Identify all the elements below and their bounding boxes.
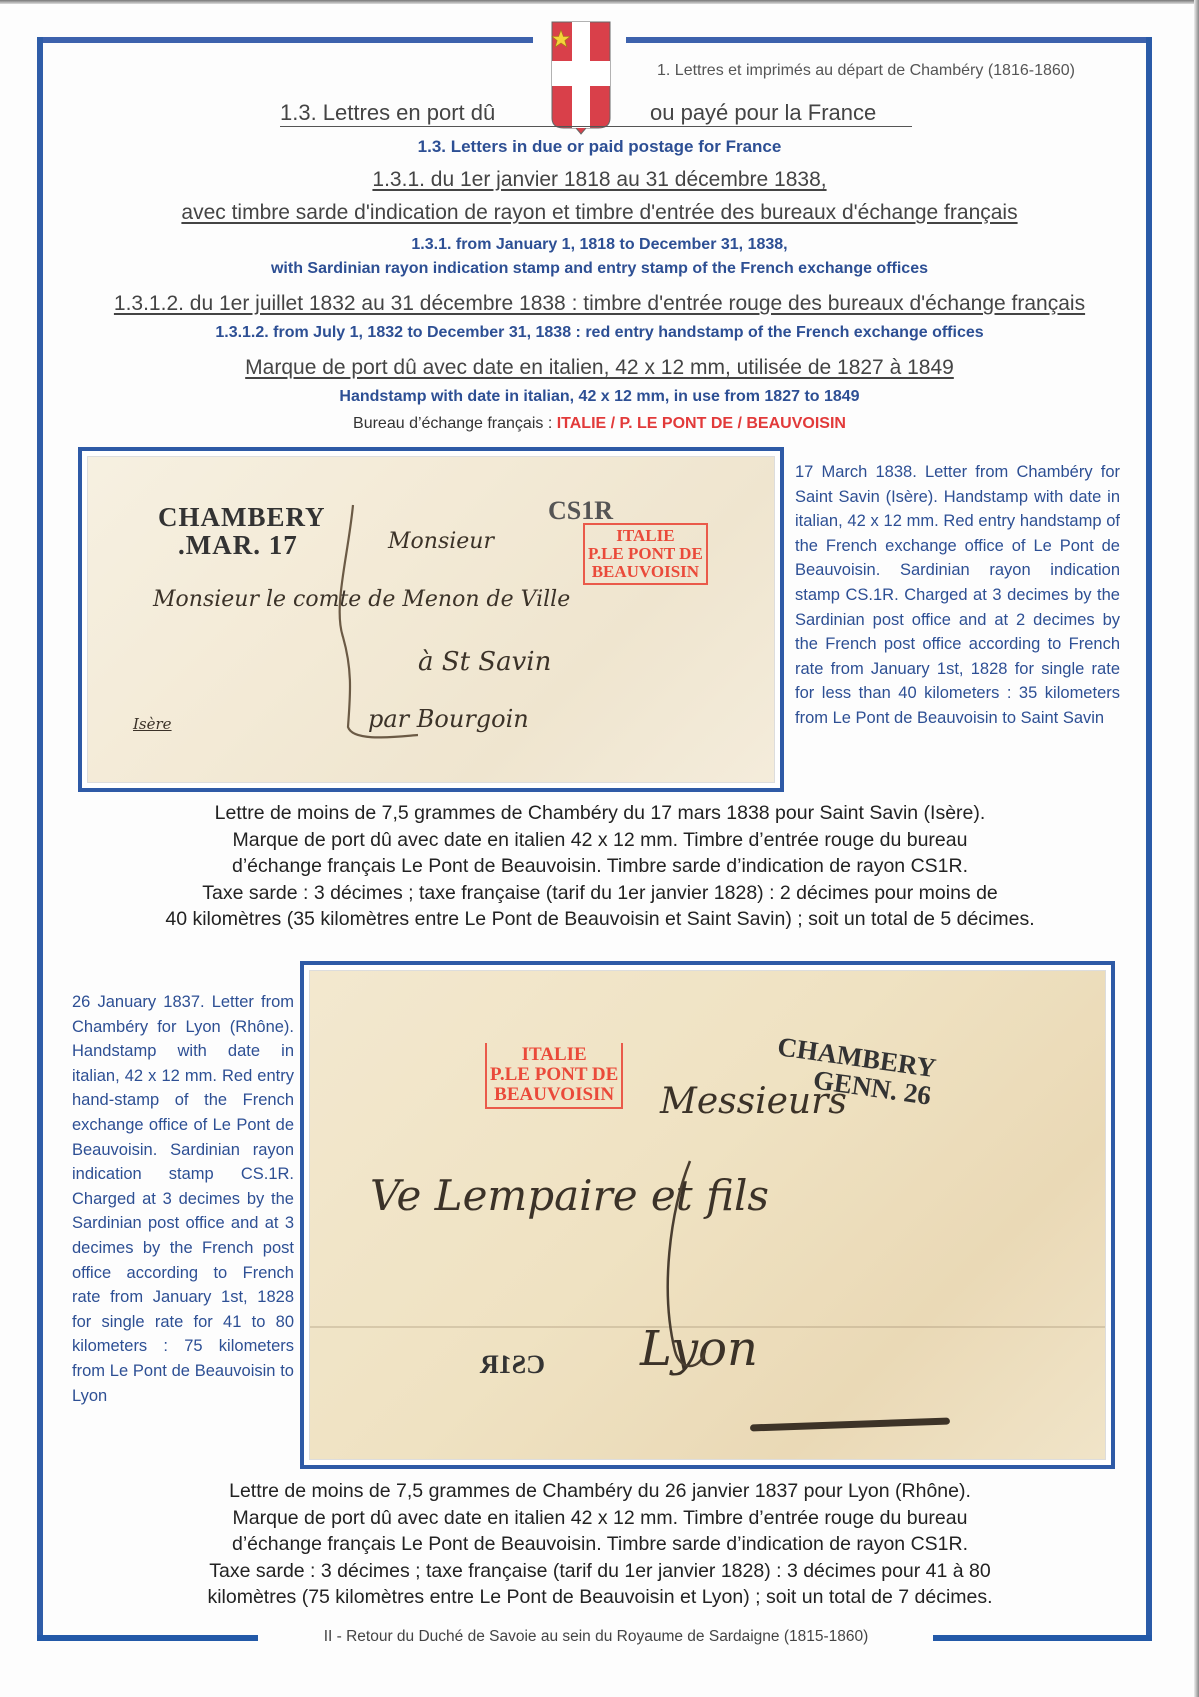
description-line: kilomètres (75 kilomètres entre Le Pont … — [60, 1584, 1140, 1611]
letter-1-description-fr: Lettre de moins de 7,5 grammes de Chambé… — [60, 800, 1140, 933]
frame-border-top — [626, 37, 1152, 43]
letter-2-description-fr: Lettre de moins de 7,5 grammes de Chambé… — [60, 1478, 1140, 1611]
page-title-en: 1.3. Letters in due or paid postage for … — [0, 137, 1199, 157]
frame-border-top — [37, 37, 533, 43]
description-line: Taxe sarde : 3 décimes ; taxe française … — [60, 1558, 1140, 1585]
town-datestamp-line1: CHAMBERY — [158, 503, 326, 531]
description-line: Marque de port dû avec date en italien 4… — [60, 827, 1140, 854]
description-line: d’échange français Le Pont de Beauvoisin… — [60, 1531, 1140, 1558]
exchange-office-value: ITALIE / P. LE PONT DE / BEAUVOISIN — [557, 415, 846, 432]
entry-stamp-line2: P.LE PONT DE — [490, 1065, 618, 1085]
frame-border-bottom — [37, 1635, 258, 1641]
letter-cover: ITALIE P.LE PONT DE BEAUVOISIN CHAMBERY … — [309, 970, 1106, 1460]
subperiod-heading-fr: 1.3.1.2. du 1er juillet 1832 au 31 décem… — [0, 292, 1199, 316]
rayon-stamp: CS1R — [548, 497, 613, 524]
letter-image-2: ITALIE P.LE PONT DE BEAUVOISIN CHAMBERY … — [300, 961, 1115, 1469]
subperiod-heading-en: 1.3.1.2. from July 1, 1832 to December 3… — [0, 324, 1199, 342]
description-line: d’échange français Le Pont de Beauvoisin… — [60, 853, 1140, 880]
exchange-office-line: Bureau d’échange français : ITALIE / P. … — [0, 415, 1199, 433]
letter-1-description-en: 17 March 1838. Letter from Chambéry for … — [795, 460, 1120, 731]
tax-mark-2-decimes — [308, 497, 418, 757]
town-datestamp-line2: .MAR. 17 — [158, 531, 326, 559]
letter-2-description-en: 26 January 1837. Letter from Chambéry fo… — [72, 990, 294, 1408]
entry-stamp-line2: P.LE PONT DE — [588, 545, 703, 563]
entry-stamp-line3: BEAUVOISIN — [490, 1085, 618, 1105]
scan-edge — [0, 0, 1199, 4]
footer-section-title: II - Retour du Duché de Savoie au sein d… — [260, 1628, 932, 1646]
description-line: Lettre de moins de 7,5 grammes de Chambé… — [60, 800, 1140, 827]
description-line: 40 kilomètres (35 kilomètres entre Le Po… — [60, 906, 1140, 933]
red-entry-stamp: ITALIE P.LE PONT DE BEAUVOISIN — [485, 1043, 623, 1109]
red-entry-stamp: ITALIE P.LE PONT DE BEAUVOISIN — [583, 523, 708, 585]
savoy-cross-shield-icon — [550, 20, 612, 135]
period-heading-fr-2: avec timbre sarde d'indication de rayon … — [0, 201, 1199, 225]
period-heading-en-2: with Sardinian rayon indication stamp an… — [0, 260, 1199, 278]
page-title-left: 1.3. Lettres en port dû — [280, 100, 495, 126]
address-line-3: à St Savin — [418, 647, 551, 677]
entry-stamp-line1: ITALIE — [588, 527, 703, 545]
underline-stroke — [750, 1418, 950, 1432]
page-title-right: ou payé pour la France — [650, 100, 876, 126]
exchange-office-label: Bureau d’échange français : — [353, 415, 557, 432]
title-underline — [280, 126, 912, 127]
department-note: Isère — [133, 715, 172, 733]
period-heading-fr-1: 1.3.1. du 1er janvier 1818 au 31 décembr… — [0, 168, 1199, 192]
marque-heading-en: Handstamp with date in italian, 42 x 12 … — [0, 388, 1199, 406]
entry-stamp-line3: BEAUVOISIN — [588, 563, 703, 581]
rayon-stamp: CS1R — [480, 1351, 545, 1378]
frame-border-bottom — [933, 1635, 1152, 1641]
chapter-label: 1. Lettres et imprimés au départ de Cham… — [657, 62, 1075, 80]
description-line: Marque de port dû avec date en italien 4… — [60, 1505, 1140, 1532]
town-datestamp: CHAMBERY .MAR. 17 — [158, 503, 326, 560]
letter-cover: CHAMBERY .MAR. 17 CS1R ITALIE P.LE PONT … — [87, 456, 775, 783]
scan-edge — [1194, 0, 1199, 1697]
letter-image-1: CHAMBERY .MAR. 17 CS1R ITALIE P.LE PONT … — [78, 447, 784, 792]
description-line: Taxe sarde : 3 décimes ; taxe française … — [60, 880, 1140, 907]
entry-stamp-line1: ITALIE — [490, 1045, 618, 1065]
description-line: Lettre de moins de 7,5 grammes de Chambé… — [60, 1478, 1140, 1505]
marque-heading-fr: Marque de port dû avec date en italien, … — [0, 356, 1199, 380]
period-heading-en-1: 1.3.1. from January 1, 1818 to December … — [0, 236, 1199, 254]
address-line-1: Messieurs — [660, 1081, 847, 1122]
tax-mark-7-decimes — [650, 1151, 770, 1391]
